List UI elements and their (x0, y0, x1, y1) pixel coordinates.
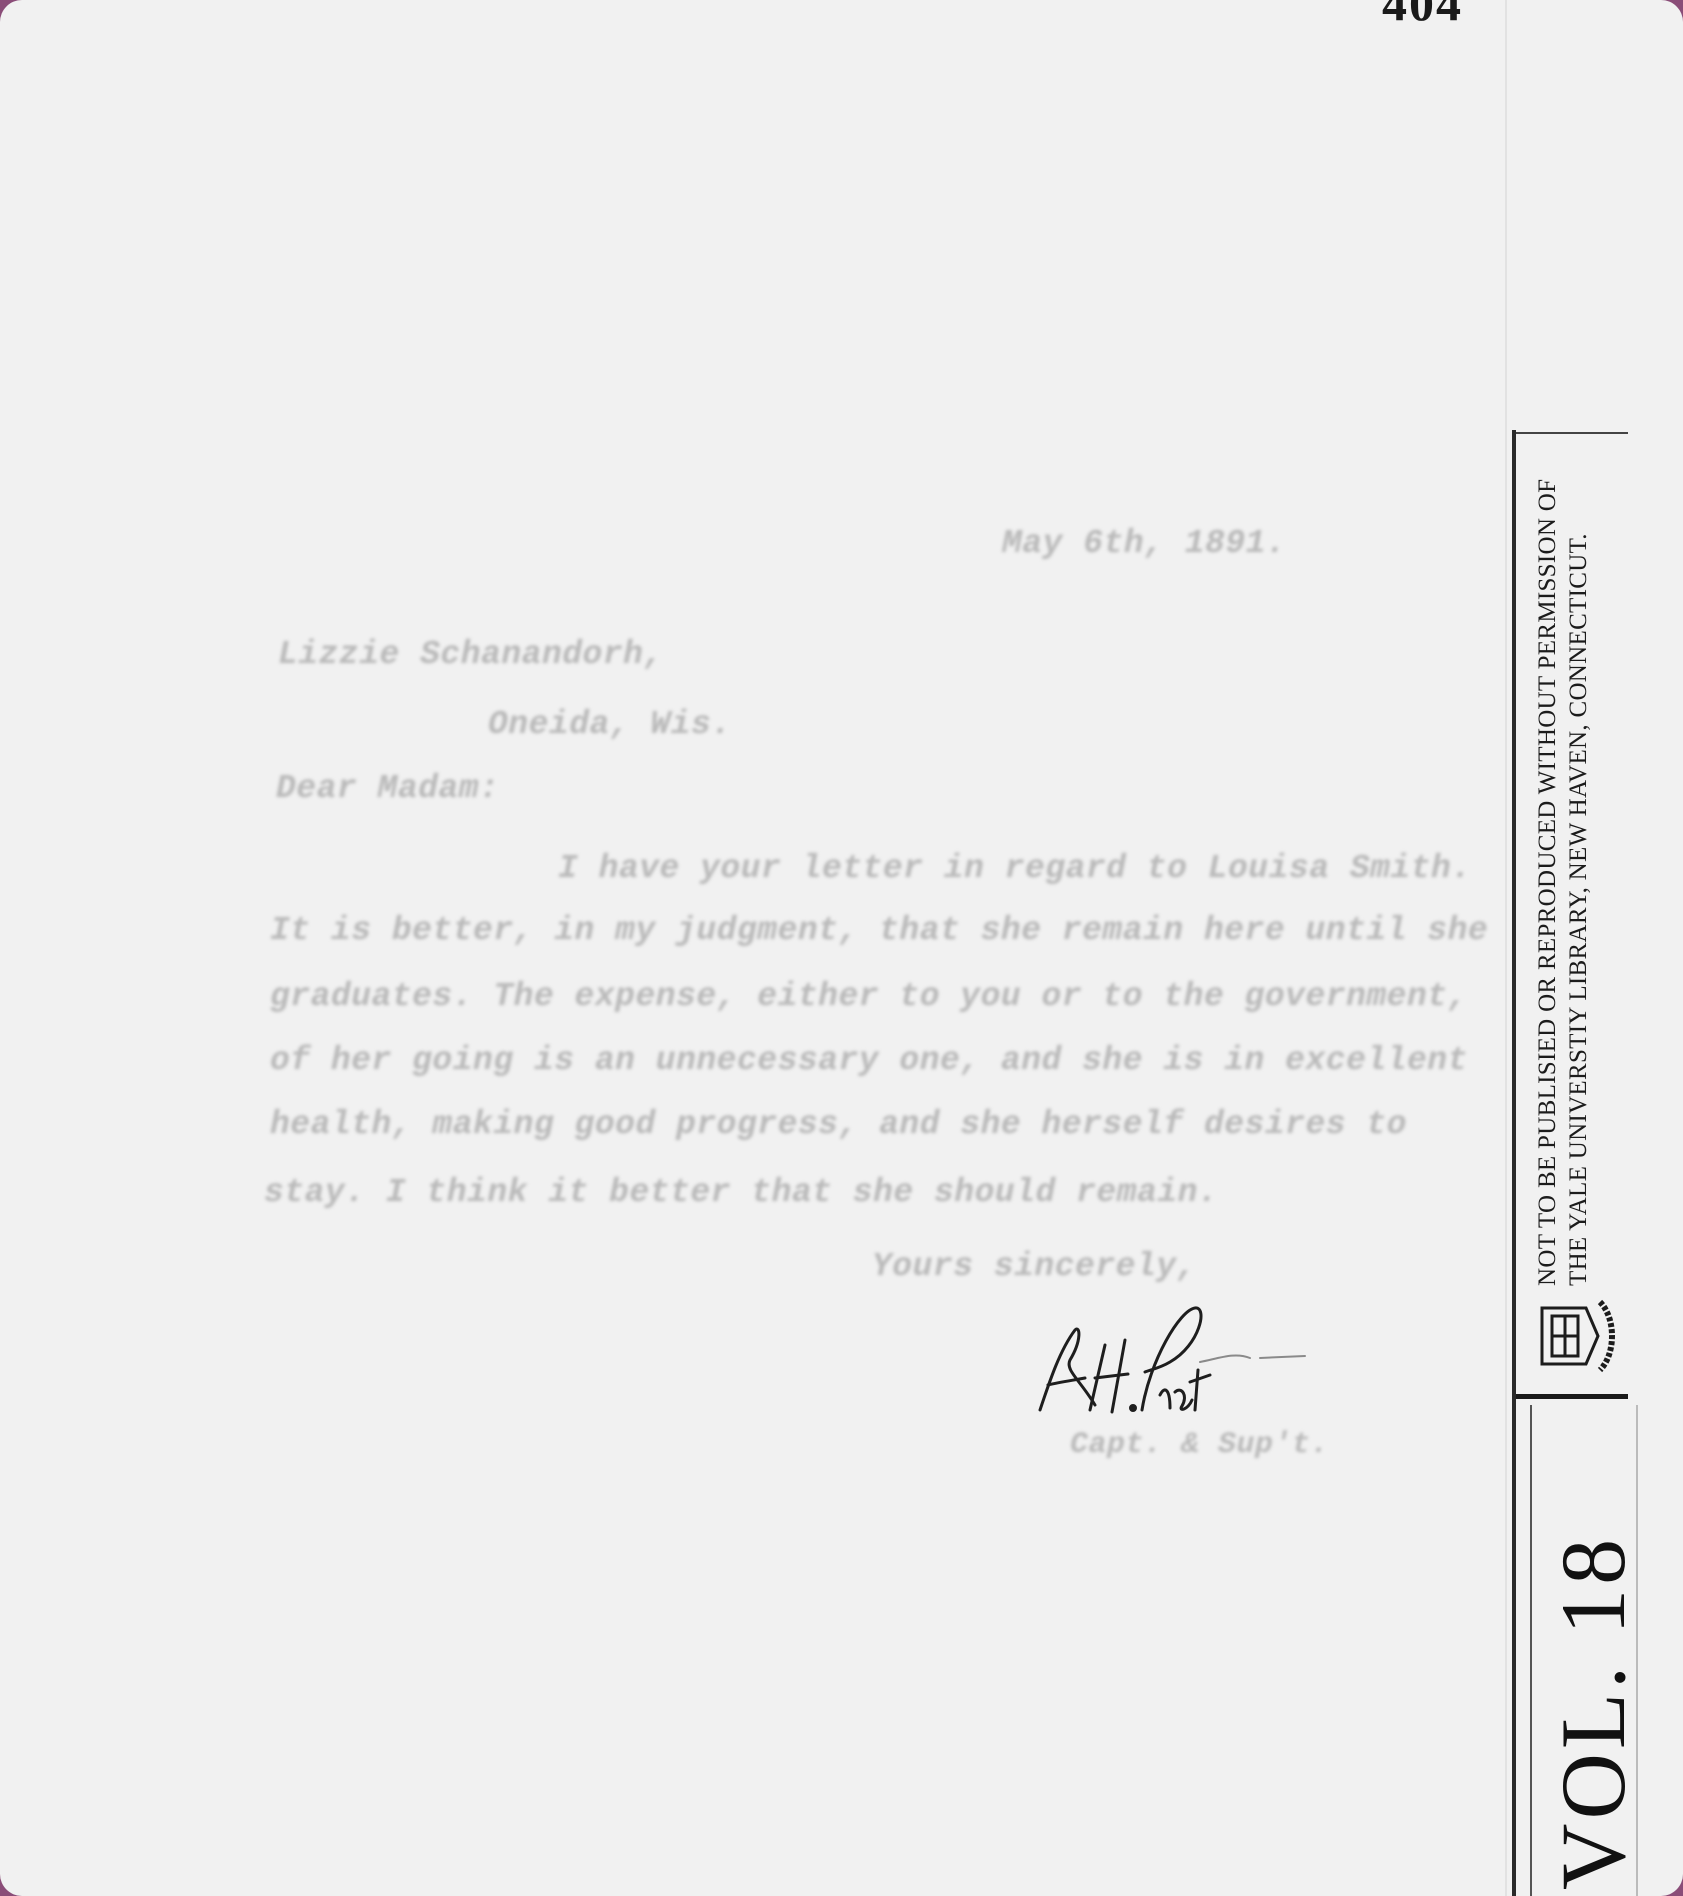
body-line: It is better, in my judgment, that she r… (270, 912, 1488, 949)
body-line: of her going is an unnecessary one, and … (270, 1042, 1468, 1079)
closing: Yours sincerely, (872, 1248, 1197, 1285)
recipient-name: Lizzie Schanandorh, (278, 636, 664, 673)
body-line: I have your letter in regard to Louisa S… (558, 850, 1472, 887)
recipient-place: Oneida, Wis. (488, 706, 732, 743)
document-page: 404 May 6th, 1891. Lizzie Schanandorh, O… (0, 0, 1683, 1896)
yale-shield-icon (1534, 1296, 1618, 1376)
page-number: 404 (1382, 0, 1463, 32)
stamp-line-1: NOT TO BE PUBLISIED OR REPRODUCED WITHOU… (1532, 479, 1563, 1286)
volume-label: VOL. 18 (1540, 1535, 1646, 1890)
stamp-line-2: THE YALE UNIVERSTIY LIBRARY, NEW HAVEN, … (1563, 479, 1594, 1286)
page-fold-edge (1505, 0, 1507, 1896)
salutation: Dear Madam: (276, 770, 499, 807)
body-line: stay. I think it better that she should … (264, 1174, 1218, 1211)
signer-title: Capt. & Sup't. (1070, 1428, 1329, 1462)
letter-date: May 6th, 1891. (1002, 525, 1286, 562)
copyright-stamp-text: NOT TO BE PUBLISIED OR REPRODUCED WITHOU… (1532, 479, 1594, 1286)
signature-handwritten (1020, 1300, 1320, 1430)
body-line: health, making good progress, and she he… (270, 1106, 1407, 1143)
body-line: graduates. The expense, either to you or… (270, 978, 1468, 1015)
